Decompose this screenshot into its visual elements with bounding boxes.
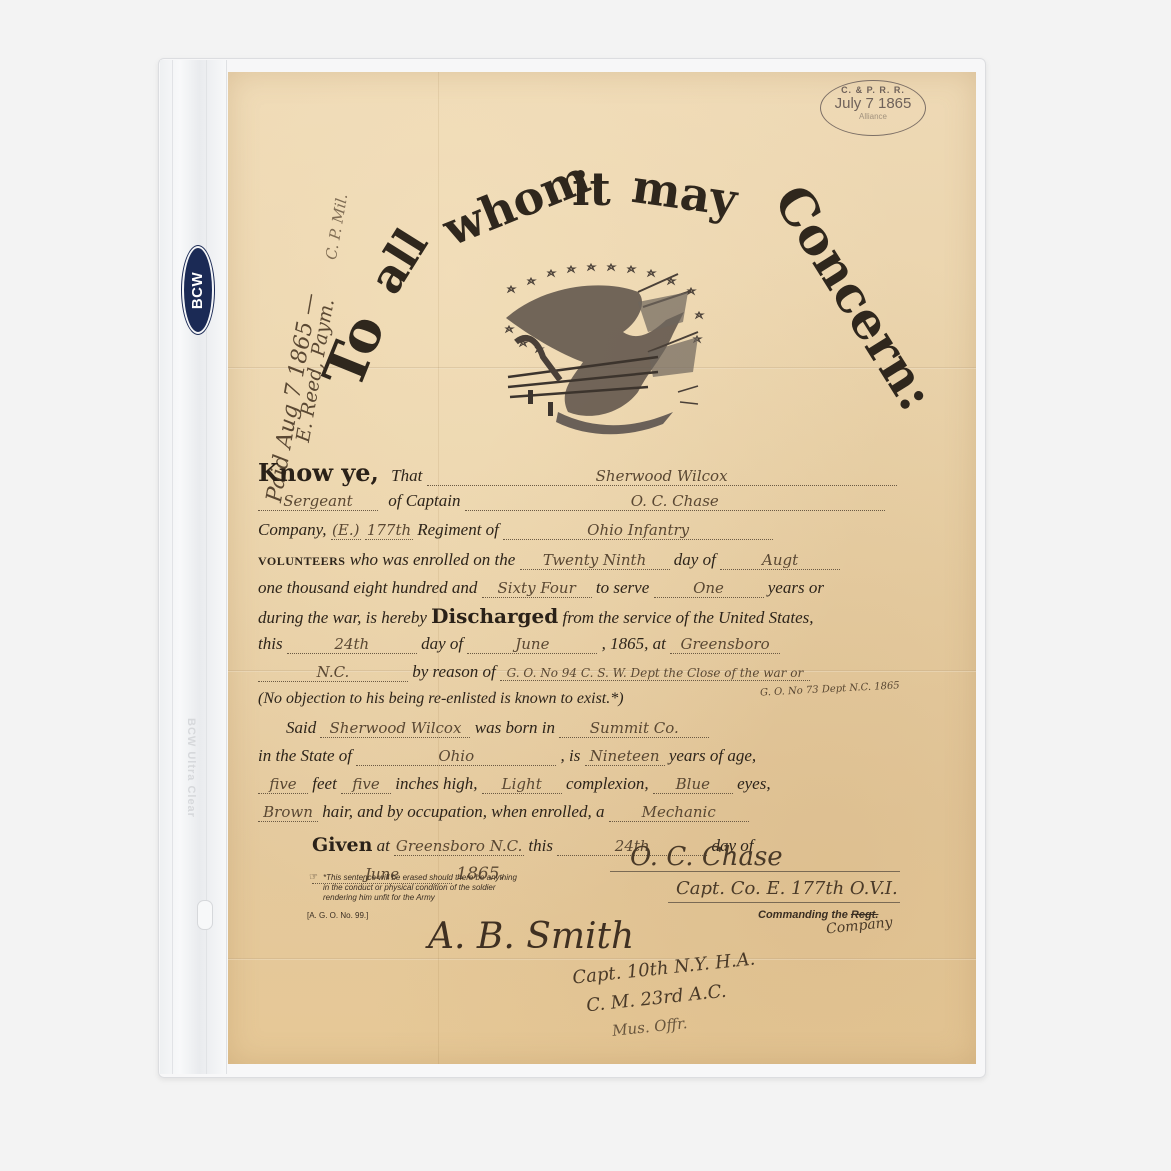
row-company: Company, (E.) 177th Regiment of Ohio Inf… — [258, 520, 958, 540]
eagle-emblem-icon — [488, 262, 718, 442]
row-discharged: during the war, is hereby Discharged fro… — [258, 604, 958, 628]
to-serve-label: to serve — [596, 578, 649, 597]
row-occupation: Brown hair, and by occupation, when enro… — [258, 802, 958, 822]
term-field[interactable]: One — [654, 579, 764, 598]
footnote-line-2: in the conduct or physical condition of … — [323, 883, 517, 893]
commanding-label: Commanding the — [758, 909, 848, 921]
feet-label: feet — [312, 774, 337, 793]
occupation-field[interactable]: Mechanic — [609, 803, 749, 822]
commander-title: Capt. Co. E. 177th O.V.I. — [676, 878, 898, 899]
enrolled-year-field[interactable]: Sixty Four — [482, 579, 592, 598]
during-war-text: during the war, is hereby — [258, 608, 427, 627]
by-reason-label: by reason of — [412, 662, 495, 681]
company-label: Company, — [258, 520, 326, 539]
row-said: Said Sherwood Wilcox was born in Summit … — [258, 718, 958, 738]
sleeve-rib — [172, 60, 173, 1074]
age-field[interactable]: Nineteen — [585, 747, 665, 766]
inches-label: inches high, — [395, 774, 477, 793]
discharge-month-field[interactable]: June — [467, 635, 597, 654]
regiment-number-field[interactable]: 177th — [365, 521, 413, 540]
said-name-field[interactable]: Sherwood Wilcox — [320, 719, 470, 738]
commander-title-line — [668, 902, 900, 903]
company-field[interactable]: (E.) — [331, 521, 361, 540]
row-rank: Sergeant of Captain O. C. Chase — [258, 491, 958, 511]
know-ye-label: Know ye, — [258, 458, 379, 487]
enrolled-month-field[interactable]: Augt — [720, 551, 840, 570]
discharge-state-field[interactable]: N.C. — [258, 663, 408, 682]
from-service-text: from the service of the United States, — [563, 608, 814, 627]
day-of-label-2: day of — [421, 634, 463, 653]
fold-crease — [228, 958, 976, 960]
row-reason: N.C. by reason of G. O. No 94 C. S. W. D… — [258, 662, 958, 682]
said-label: Said — [286, 718, 316, 737]
row-know-ye: Know ye, That Sherwood Wilcox — [258, 458, 958, 487]
year-text: one thousand eight hundred and — [258, 578, 477, 597]
complexion-field[interactable]: Light — [482, 775, 562, 794]
row-enrolled: VOLUNTEERS who was enrolled on the Twent… — [258, 550, 958, 570]
discharge-year-label: , 1865, at — [602, 634, 666, 653]
footnote-line-1: *This sentence will be erased should the… — [323, 873, 517, 883]
eyes-label: eyes, — [737, 774, 771, 793]
bcw-logo-text: BCW — [190, 271, 207, 308]
regiment-state-field[interactable]: Ohio Infantry — [503, 521, 773, 540]
sleeve-embossed-text: BCW Ultra Clear — [185, 718, 197, 818]
volunteers-label: VOLUNTEERS — [258, 554, 345, 568]
row-year: one thousand eight hundred and Sixty Fou… — [258, 578, 958, 598]
eyes-field[interactable]: Blue — [653, 775, 733, 794]
rank-field[interactable]: Sergeant — [258, 492, 378, 511]
stamp-line-3: Alliance — [821, 112, 925, 121]
reason-field[interactable]: G. O. No 94 C. S. W. Dept the Close of t… — [500, 666, 810, 681]
day-of-label: day of — [674, 550, 716, 569]
form-number: [A. G. O. No. 99.] — [307, 911, 368, 920]
discharge-place-field[interactable]: Greensboro — [670, 635, 780, 654]
sleeve-punch-hole — [197, 900, 213, 930]
given-label: Given — [312, 834, 372, 856]
born-label: was born in — [475, 718, 555, 737]
occupation-text: hair, and by occupation, when enrolled, … — [322, 802, 604, 821]
given-this-label: this — [528, 836, 553, 855]
born-state-field[interactable]: Ohio — [356, 747, 556, 766]
complexion-label: complexion, — [566, 774, 649, 793]
bcw-logo-badge: BCW — [182, 246, 214, 334]
this-label: this — [258, 634, 283, 653]
no-objection-text: (No objection to his being re-enlisted i… — [258, 690, 624, 707]
captain-name-field[interactable]: O. C. Chase — [465, 492, 885, 511]
enrolled-text: who was enrolled on the — [350, 550, 516, 569]
soldier-name-field[interactable]: Sherwood Wilcox — [427, 467, 897, 486]
given-at-label: at — [377, 836, 390, 855]
row-description: five feet five inches high, Light comple… — [258, 774, 958, 794]
years-label: years or — [768, 578, 824, 597]
height-inches-field[interactable]: five — [341, 775, 391, 794]
row-state-age: in the State of Ohio , is Nineteen years… — [258, 746, 958, 766]
railroad-postmark-stamp: C. & P. R. R. July 7 1865 Alliance — [820, 80, 926, 136]
footnote-line-3: rendering him unfit for the Army — [323, 893, 517, 903]
discharge-day-field[interactable]: 24th — [287, 635, 417, 654]
height-feet-field[interactable]: five — [258, 775, 308, 794]
that-label: That — [391, 466, 422, 485]
is-label: , is — [560, 746, 580, 765]
regiment-label: Regiment of — [417, 520, 499, 539]
footnote: ☞ *This sentence will be erased should t… — [323, 873, 517, 903]
row-no-objection: (No objection to his being re-enlisted i… — [258, 690, 958, 708]
enrolled-day-field[interactable]: Twenty Ninth — [520, 551, 670, 570]
pointing-hand-icon: ☞ — [309, 873, 318, 883]
years-of-age-label: years of age, — [669, 746, 756, 765]
sleeve-binder-strip — [160, 60, 227, 1074]
stamp-line-1: C. & P. R. R. — [821, 85, 925, 95]
mustering-officer-signature: A. B. Smith — [428, 916, 634, 957]
of-captain-label: of Captain — [388, 491, 460, 510]
commander-signature: O. C. Chase — [630, 842, 783, 872]
born-county-field[interactable]: Summit Co. — [559, 719, 709, 738]
row-discharge-date: this 24th day of June , 1865, at Greensb… — [258, 634, 958, 654]
discharged-label: Discharged — [431, 604, 558, 628]
hair-field[interactable]: Brown — [258, 803, 318, 822]
title-word-it: it — [572, 162, 611, 216]
stamp-date: July 7 1865 — [821, 95, 925, 112]
given-place-field[interactable]: Greensboro N.C. — [394, 837, 524, 856]
state-label: in the State of — [258, 746, 352, 765]
